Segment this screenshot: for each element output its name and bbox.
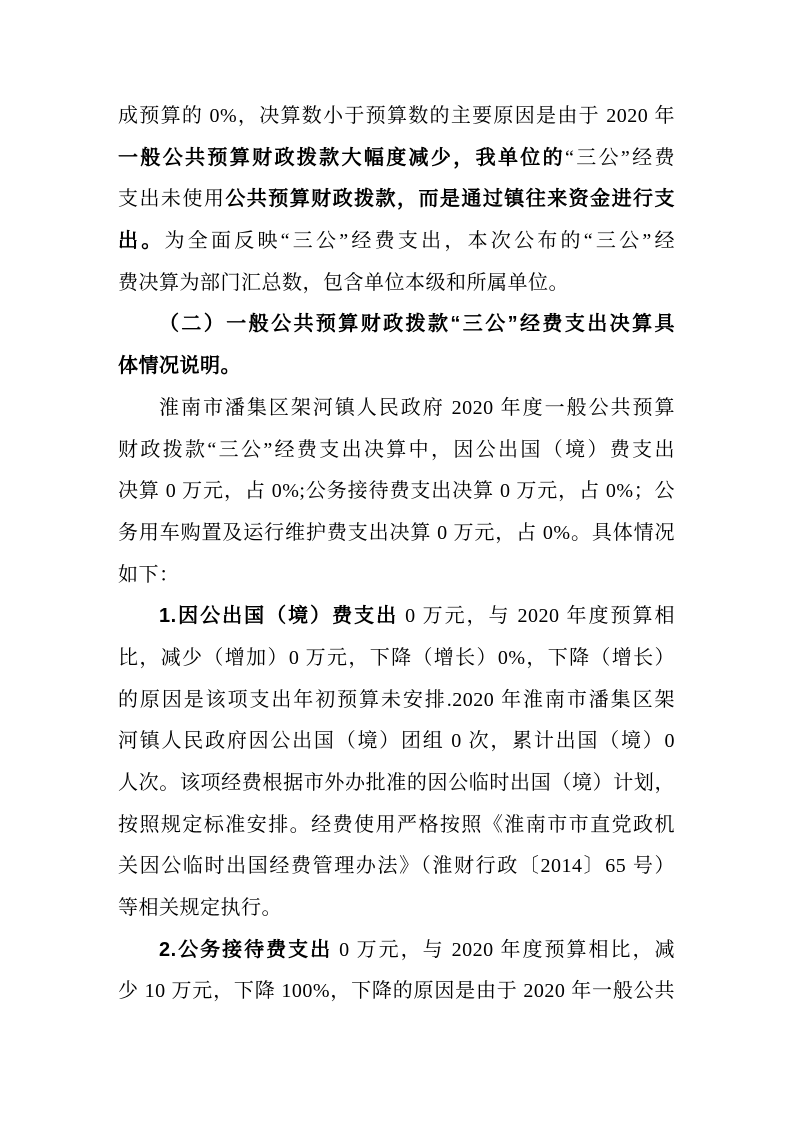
text-block: 成预算的 0%，决算数小于预算数的主要原因是由于 2020 年一般公共预算财政拨… — [118, 96, 675, 1013]
text-segment: 如下： — [118, 564, 180, 586]
text-line: 支出未使用公共预算财政拨款，而是通过镇往来资金进行支 — [118, 179, 675, 221]
text-line: 1.因公出国（境）费支出 0 万元，与 2020 年度预算相 — [118, 596, 675, 638]
text-line: 出。为全面反映“三公”经费支出，本次公布的“三公”经 — [118, 221, 675, 263]
text-line: 体情况说明。 — [118, 346, 675, 388]
text-segment: 决算 0 万元，占 0%;公务接待费支出决算 0 万元，占 0%；公 — [118, 480, 675, 502]
text-line: 关因公临时出国经费管理办法》（淮财行政〔2014〕65 号） — [118, 846, 675, 888]
text-segment: 关因公临时出国经费管理办法》（淮财行政〔2014〕65 号） — [118, 855, 675, 877]
text-segment: 财政拨款“三公”经费支出决算中，因公出国（境）费支出 — [118, 439, 675, 461]
text-segment: 少 10 万元，下降 100%，下降的原因是由于 2020 年一般公共 — [118, 980, 675, 1002]
text-line: 比，减少（增加）0 万元，下降（增长）0%，下降（增长） — [118, 638, 675, 680]
bold-text-segment: 出。 — [118, 230, 164, 252]
bold-text-segment: 1.因公出国（境）费支出 — [159, 605, 398, 627]
text-line: 按照规定标准安排。经费使用严格按照《淮南市市直党政机 — [118, 805, 675, 847]
text-segment: 比，减少（增加）0 万元，下降（增长）0%，下降（增长） — [118, 647, 675, 669]
text-segment: 的原因是该项支出年初预算未安排.2020 年淮南市潘集区架 — [118, 689, 675, 711]
text-line: 河镇人民政府因公出国（境）团组 0 次，累计出国（境）0 — [118, 721, 675, 763]
text-segment: 人次。该项经费根据市外办批准的因公临时出国（境）计划， — [118, 772, 675, 794]
text-segment: 按照规定标准安排。经费使用严格按照《淮南市市直党政机 — [118, 814, 675, 836]
text-segment: 务用车购置及运行维护费支出决算 0 万元，占 0%。具体情况 — [118, 522, 675, 544]
text-segment: “三公”经费 — [565, 147, 675, 169]
document-page: 成预算的 0%，决算数小于预算数的主要原因是由于 2020 年一般公共预算财政拨… — [0, 0, 793, 1122]
text-segment: 支出未使用 — [118, 188, 225, 210]
text-line: 的原因是该项支出年初预算未安排.2020 年淮南市潘集区架 — [118, 680, 675, 722]
bold-text-segment: （二）一般公共预算财政拨款“三公”经费支出决算具 — [159, 313, 675, 335]
text-line: 等相关规定执行。 — [118, 888, 675, 930]
text-segment: 淮南市潘集区架河镇人民政府 2020 年度一般公共预算 — [159, 397, 675, 419]
text-line: 一般公共预算财政拨款大幅度减少，我单位的“三公”经费 — [118, 138, 675, 180]
text-segment: 成预算的 0%，决算数小于预算数的主要原因是由于 2020 年 — [118, 105, 675, 127]
bold-text-segment: 体情况说明。 — [118, 355, 241, 377]
text-line: 成预算的 0%，决算数小于预算数的主要原因是由于 2020 年 — [118, 96, 675, 138]
text-line: 财政拨款“三公”经费支出决算中，因公出国（境）费支出 — [118, 430, 675, 472]
text-line: 2.公务接待费支出 0 万元，与 2020 年度预算相比，减 — [118, 930, 675, 972]
text-segment: 等相关规定执行。 — [118, 897, 282, 919]
text-segment: 费决算为部门汇总数，包含单位本级和所属单位。 — [118, 272, 569, 294]
text-segment: 河镇人民政府因公出国（境）团组 0 次，累计出国（境）0 — [118, 730, 675, 752]
text-line: 少 10 万元，下降 100%，下降的原因是由于 2020 年一般公共 — [118, 971, 675, 1013]
text-line: 务用车购置及运行维护费支出决算 0 万元，占 0%。具体情况 — [118, 513, 675, 555]
text-segment: 0 万元，与 2020 年度预算相 — [398, 605, 675, 627]
text-line: 费决算为部门汇总数，包含单位本级和所属单位。 — [118, 263, 675, 305]
text-line: （二）一般公共预算财政拨款“三公”经费支出决算具 — [118, 304, 675, 346]
text-line: 决算 0 万元，占 0%;公务接待费支出决算 0 万元，占 0%；公 — [118, 471, 675, 513]
bold-text-segment: 一般公共预算财政拨款大幅度减少，我单位的 — [118, 147, 565, 169]
text-segment: 0 万元，与 2020 年度预算相比，减 — [332, 939, 675, 961]
text-line: 如下： — [118, 555, 675, 597]
text-line: 人次。该项经费根据市外办批准的因公临时出国（境）计划， — [118, 763, 675, 805]
text-segment: 为全面反映“三公”经费支出，本次公布的“三公”经 — [164, 230, 675, 252]
text-line: 淮南市潘集区架河镇人民政府 2020 年度一般公共预算 — [118, 388, 675, 430]
bold-text-segment: 公共预算财政拨款，而是通过镇往来资金进行支 — [225, 188, 675, 210]
bold-text-segment: 2.公务接待费支出 — [159, 939, 332, 961]
